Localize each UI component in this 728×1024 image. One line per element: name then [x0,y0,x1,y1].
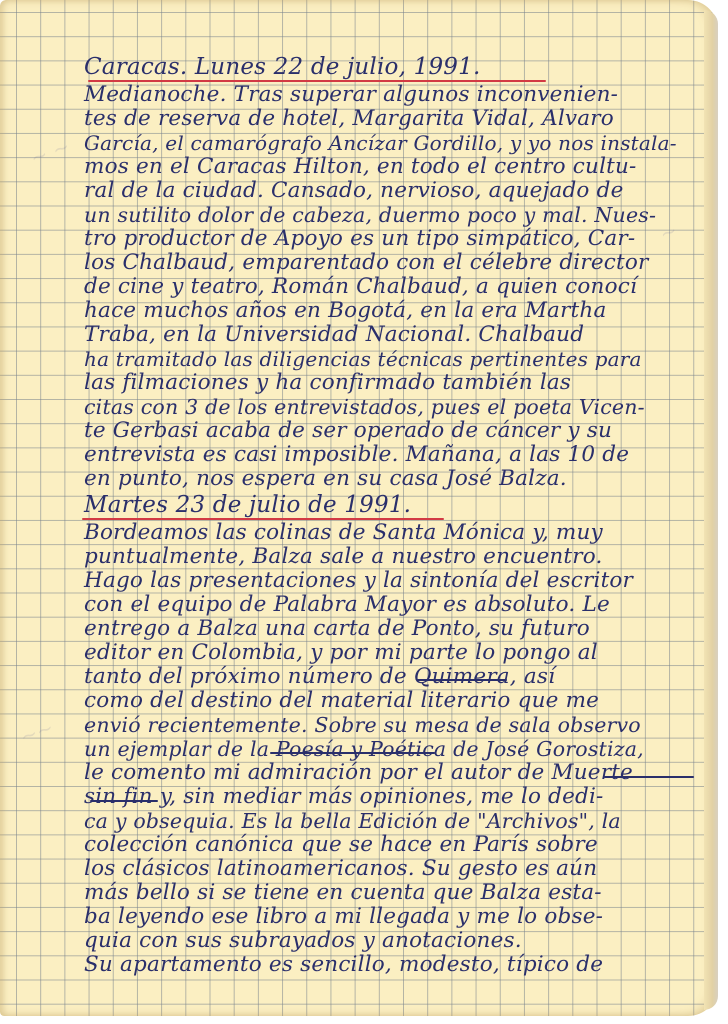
notebook-page: ~ ~ ~~ ~ Caracas. Lunes 22 de julio, 199… [0,0,718,1016]
text-line: Su apartamento es sencillo, modesto, típ… [84,950,603,980]
page-edge [704,10,718,1010]
bleed-through-marks: ~ ~ [27,134,73,170]
bleed-through-marks: ~~ [17,715,57,749]
bleed-through-marks: ~ [656,218,680,246]
title-underline-quimera [417,679,507,681]
title-underline-poesia [270,752,435,754]
entry-heading: Martes 23 de julio de 1991. [84,490,411,520]
entry-heading: Caracas. Lunes 22 de julio, 1991. [84,52,480,82]
title-underline-muerte [604,776,694,778]
title-underline-sin-fin [90,800,158,802]
